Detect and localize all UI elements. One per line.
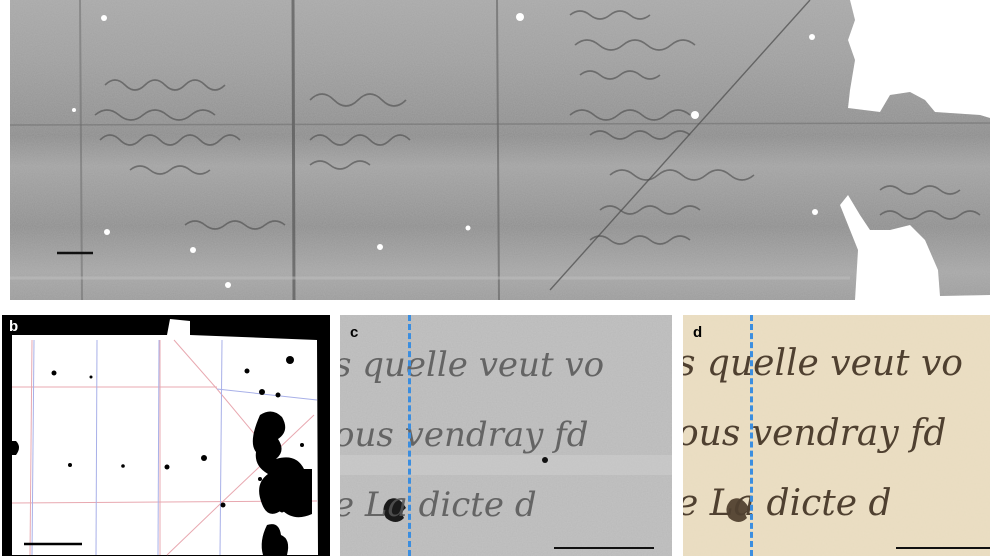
handwriting-line-2: ous vendray fd (683, 413, 946, 454)
scale-bar (554, 547, 654, 549)
panel-a-xray-document (10, 0, 990, 302)
alignment-dashed-line (408, 315, 411, 556)
segmentation-mask-image (2, 315, 330, 556)
xray-document-image (10, 0, 990, 302)
handwriting-line-1: s quelle veut vo (340, 345, 604, 385)
panel-label-d: d (693, 325, 702, 340)
panel-label-c: c (350, 325, 358, 340)
alignment-dashed-line (750, 315, 753, 556)
handwriting-line-1: s quelle veut vo (683, 343, 963, 384)
panel-b-segmentation-mask: b (2, 315, 330, 556)
scale-bar (896, 547, 990, 549)
handwriting-line-3: e La dicte d (340, 485, 537, 525)
panel-c-grayscale-closeup: c s quelle veut vo ous vendray fd e La d… (340, 315, 672, 556)
panel-d-color-photo: d s quelle veut vo ous vendray fd e La d… (683, 315, 990, 556)
panel-label-b: b (9, 319, 18, 334)
handwriting-line-3: e La dicte d (683, 483, 892, 524)
handwriting-line-2: ous vendray fd (340, 415, 589, 455)
